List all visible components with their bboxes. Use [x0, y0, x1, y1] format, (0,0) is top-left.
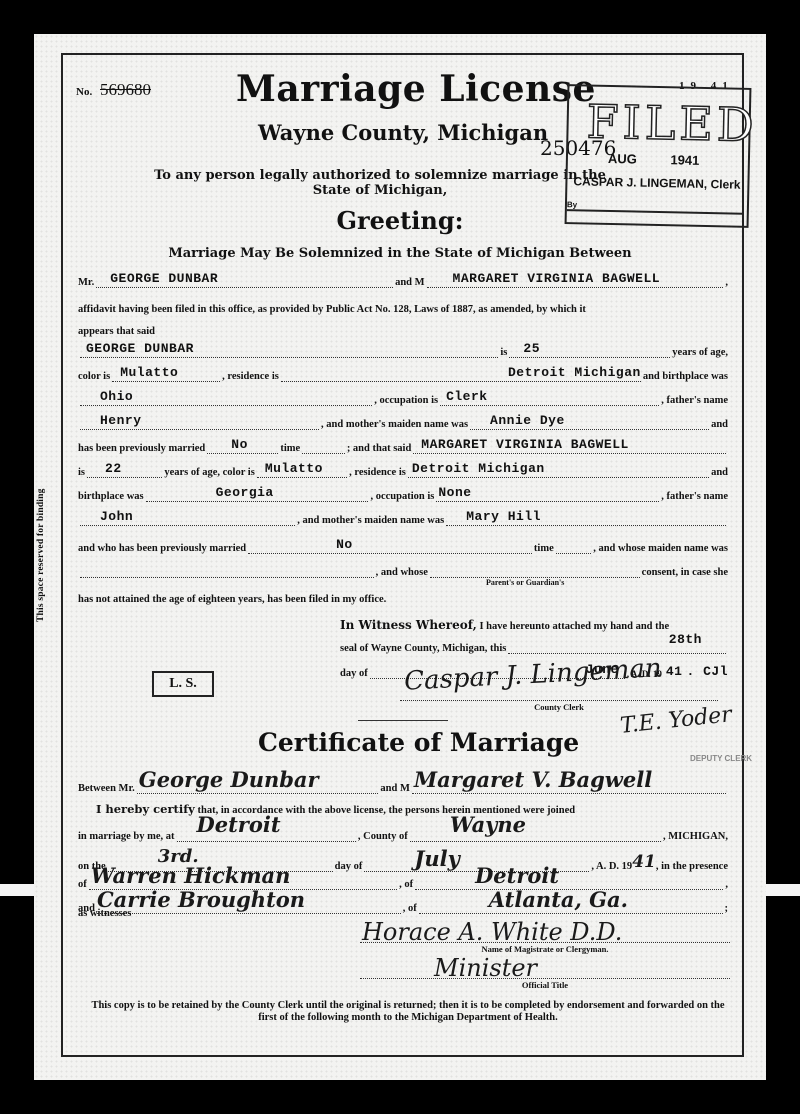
bride-birthplace-row: birthplace was Georgia , occupation is N…: [78, 488, 728, 502]
groom-name-row: GEORGE DUNBAR is 25 years of age,: [78, 344, 728, 358]
bride-prev-married-field: No: [248, 540, 532, 554]
cert-groom-field: George Dunbar: [137, 780, 379, 794]
groom-color-field: Mulatto: [112, 368, 220, 382]
bride-age-row: is 22 years of age, color is Mulatto , r…: [78, 464, 728, 478]
affidavit-line-1: affidavit having been filed in this offi…: [78, 304, 728, 315]
cert-county-field: Wayne: [410, 828, 661, 842]
seal-day-row: seal of Wayne County, Michigan, this 28t…: [340, 640, 728, 654]
bride-mother-field: Mary Hill: [446, 512, 726, 526]
binding-note: This space reserved for binding: [36, 470, 56, 640]
and-m-label: and M: [395, 277, 424, 288]
officiant-line: [360, 942, 730, 943]
bride-parents-row: John , and mother's maiden name was Mary…: [78, 512, 728, 526]
bride-name-repeat-field: MARGARET VIRGINIA BAGWELL: [413, 440, 726, 454]
official-title-caption: Official Title: [360, 980, 730, 990]
stamp-by-line: By: [567, 200, 743, 215]
seal-box: L. S.: [152, 671, 214, 697]
bride-father-field: John: [80, 512, 295, 526]
county-clerk-line: [400, 700, 718, 701]
groom-fullname-field: GEORGE DUNBAR: [80, 344, 498, 358]
bride-birthplace-field: Georgia: [146, 488, 369, 502]
affidavit-line-2: appears that said: [78, 326, 155, 337]
guardian-caption: Parent's or Guardian's: [486, 578, 564, 587]
groom-prev-married-field: No: [207, 440, 278, 454]
cert-place-field: Detroit: [177, 828, 356, 842]
mr-label: Mr.: [78, 277, 94, 288]
certify-heading: I hereby certify: [96, 802, 195, 816]
intro-text: To any person legally authorized to sole…: [120, 168, 640, 198]
stamp-filed-text: FILED: [586, 95, 758, 153]
scan-edge-strip-left: [0, 884, 36, 896]
certify-line: I hereby certify that, in accordance wit…: [96, 802, 728, 816]
groom-birthplace-row: Ohio , occupation is Clerk , father's na…: [78, 392, 728, 406]
cert-parties-row: Between Mr. George Dunbar and M Margaret…: [78, 780, 728, 794]
groom-occupation-field: Clerk: [440, 392, 659, 406]
county-heading: Wayne County, Michigan: [258, 120, 548, 145]
cert-witness2-row: and Carrie Broughton , of Atlanta, Ga. ;: [78, 900, 728, 914]
official-title-line: [360, 978, 730, 979]
witness-whereof: In Witness Whereof, I have hereunto atta…: [340, 618, 669, 632]
bride-name-field: MARGARET VIRGINIA BAGWELL: [427, 274, 724, 288]
officiant-caption: Name of Magistrate or Clergyman.: [360, 944, 730, 954]
footer-instructions: This copy is to be retained by the Count…: [88, 1000, 728, 1024]
cert-bride-field: Margaret V. Bagwell: [412, 780, 726, 794]
document-title: Marriage License: [236, 68, 596, 110]
groom-age-field: 25: [509, 344, 670, 358]
groom-birthplace-field: Ohio: [80, 392, 372, 406]
eighteen-line: has not attained the age of eighteen yea…: [78, 594, 386, 605]
stamp-month: AUG: [608, 151, 637, 167]
groom-parents-row: Henry , and mother's maiden name was Ann…: [78, 416, 728, 430]
certificate-title: Certificate of Marriage: [258, 728, 579, 757]
groom-married-row: has been previously married No time ; an…: [78, 440, 728, 454]
stamp-year: 1941: [670, 152, 699, 168]
bride-color-field: Mulatto: [257, 464, 347, 478]
license-number-label: No.: [76, 86, 92, 98]
bride-occupation-field: None: [436, 488, 659, 502]
cert-year: 41: [632, 852, 656, 872]
stamp-clerk: CASPAR J. LINGEMAN, Clerk: [573, 174, 740, 191]
groom-mother-field: Annie Dye: [470, 416, 709, 430]
scan-edge-strip-right: [766, 884, 800, 896]
cert-place-row: in marriage by me, at Detroit , County o…: [78, 828, 728, 842]
guardian-field: [430, 564, 640, 578]
as-witnesses-label: as witnesses: [78, 908, 131, 919]
groom-father-field: Henry: [80, 416, 319, 430]
groom-color-row: color is Mulatto , residence is Detroit …: [78, 368, 728, 382]
bride-age-field: 22: [87, 464, 162, 478]
deputy-clerk-caption: DEPUTY CLERK: [690, 754, 752, 763]
witness2-place-field: Atlanta, Ga.: [419, 900, 723, 914]
groom-residence-field: Detroit Michigan: [281, 368, 641, 382]
intro-line-1: To any person legally authorized to sole…: [120, 168, 640, 183]
bride-residence-field: Detroit Michigan: [408, 464, 709, 478]
filed-stamp: FILED AUG 1941 CASPAR J. LINGEMAN, Clerk…: [565, 84, 752, 228]
bride-consent-row: , and whose consent, in case she: [78, 564, 728, 578]
deputy-line: [358, 720, 448, 721]
intro-line-2: State of Michigan,: [120, 183, 640, 198]
issued-day-field: 28th: [508, 640, 726, 654]
between-heading: Marriage May Be Solemnized in the State …: [0, 246, 800, 261]
license-number: 569680: [100, 80, 151, 100]
bride-married-row: and who has been previously married No t…: [78, 540, 728, 554]
witness-whereof-heading: In Witness Whereof,: [340, 618, 477, 632]
parties-row: Mr. GEORGE DUNBAR and M MARGARET VIRGINI…: [78, 274, 728, 288]
witness2-name-field: Carrie Broughton: [97, 900, 401, 914]
stamp-date: AUG 1941: [608, 151, 700, 168]
groom-name-field: GEORGE DUNBAR: [96, 274, 393, 288]
bride-maiden-name-field: [80, 564, 374, 578]
